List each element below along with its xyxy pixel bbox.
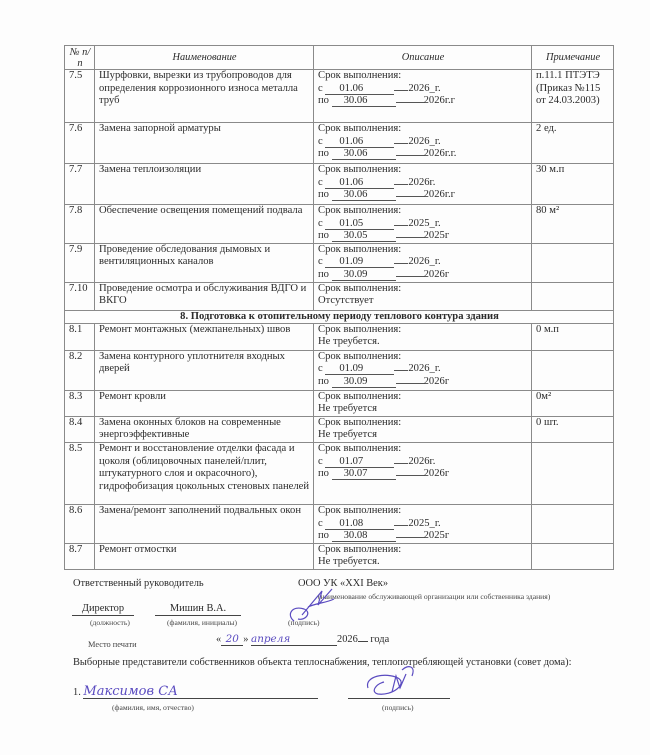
deadline-from: с 01.072026г. [318, 456, 528, 469]
table-row: 8.1Ремонт монтажных (межпанельных) швовС… [65, 323, 614, 350]
row-description: Срок выполнения:с 01.092026_г.по 30.0920… [314, 243, 532, 282]
deadline-to: по 30.092026г [318, 376, 528, 389]
position-field: Директор [72, 603, 134, 616]
deadline-label: Срок выполнения: [318, 70, 528, 83]
table-row: 8.4Замена оконных блоков на современные … [65, 416, 614, 442]
table-row: 7.10Проведение осмотра и обслуживания ВД… [65, 282, 614, 310]
deadline-from: с 01.062026г. [318, 177, 528, 190]
table-row: 8.3Ремонт кровлиСрок выполнения:Не требу… [65, 390, 614, 416]
deadline-to: по 30.082025г [318, 530, 528, 543]
deadline-status: Не треубется. [318, 336, 528, 349]
table-row: 7.7Замена теплоизоляцииСрок выполнения:с… [65, 164, 614, 205]
rep-signature-caption: (подпись) [382, 702, 414, 714]
row-note [532, 543, 614, 569]
header-desc: Описание [314, 46, 532, 70]
row-number: 8.1 [65, 323, 95, 350]
table-row: 7.8Обеспечение освещения помещений подва… [65, 205, 614, 244]
deadline-status: Не требуется [318, 403, 528, 416]
header-num: № п/п [65, 46, 95, 70]
section-header-row: 8. Подготовка к отопительному периоду те… [65, 310, 614, 323]
deadline-label: Срок выполнения: [318, 324, 528, 337]
row-note: 0м² [532, 390, 614, 416]
rep-name-caption: (фамилия, имя, отчество) [112, 702, 194, 714]
row-description: Срок выполнения:с 01.082025_г.по 30.0820… [314, 504, 532, 543]
deadline-label: Срок выполнения: [318, 544, 528, 557]
row-note: 0 шт. [532, 416, 614, 442]
row-number: 7.7 [65, 164, 95, 205]
row-note [532, 442, 614, 504]
date-month: апреля [251, 633, 337, 646]
row-note: 2 ед. [532, 123, 614, 164]
row-number: 7.10 [65, 282, 95, 310]
person-caption: (фамилия, инициалы) [167, 617, 237, 629]
table-row: 8.7Ремонт отмосткиСрок выполнения:Не тре… [65, 543, 614, 569]
header-note: Примечание [532, 46, 614, 70]
row-description: Срок выполнения:с 01.062026_г.по 30.0620… [314, 123, 532, 164]
deadline-label: Срок выполнения: [318, 505, 528, 518]
row-name: Замена теплоизоляции [95, 164, 314, 205]
deadline-to: по 30.092026г [318, 269, 528, 282]
stamp-label: Место печати [88, 639, 137, 651]
date-line: «20» апреля2026 года [216, 633, 389, 646]
table-row: 7.5Шурфовки, вырезки из трубопроводов дл… [65, 70, 614, 123]
row-name: Проведение обследования дымовых и вентил… [95, 243, 314, 282]
table-row: 8.2Замена контурного уплотнителя входных… [65, 350, 614, 390]
person-field: Мишин В.А. [155, 603, 241, 616]
date-suffix: года [370, 634, 389, 645]
director-signature-icon [282, 585, 342, 627]
date-day: 20 [221, 633, 243, 646]
table-row: 8.5Ремонт и восстановление отделки фасад… [65, 442, 614, 504]
deadline-label: Срок выполнения: [318, 417, 528, 430]
row-description: Срок выполнения:Не требуется [314, 390, 532, 416]
deadline-label: Срок выполнения: [318, 391, 528, 404]
row-name: Обеспечение освещения помещений подвала [95, 205, 314, 244]
row-description: Срок выполнения:с 01.052025_г.по 30.0520… [314, 205, 532, 244]
row-name: Ремонт монтажных (межпанельных) швов [95, 323, 314, 350]
row-name: Ремонт и восстановление отделки фасада и… [95, 442, 314, 504]
row-number: 8.6 [65, 504, 95, 543]
row-description: Срок выполнения:с 01.072026г.по 30.07202… [314, 442, 532, 504]
row-name: Замена запорной арматуры [95, 123, 314, 164]
work-plan-table: № п/п Наименование Описание Примечание 7… [64, 45, 614, 570]
row-name: Шурфовки, вырезки из трубопроводов для о… [95, 70, 314, 123]
row-description: Срок выполнения:Не требуется. [314, 543, 532, 569]
rep-signature-icon [362, 662, 420, 702]
responsible-label: Ответственный руководитель [73, 578, 204, 590]
rep-index: 1. [73, 687, 81, 698]
deadline-status: Не требуется [318, 429, 528, 442]
deadline-status: Не требуется. [318, 556, 528, 569]
row-name: Замена/ремонт заполнений подвальных окон [95, 504, 314, 543]
deadline-from: с 01.092026_г. [318, 256, 528, 269]
deadline-label: Срок выполнения: [318, 123, 528, 136]
row-number: 8.2 [65, 350, 95, 390]
row-note [532, 504, 614, 543]
document-page: № п/п Наименование Описание Примечание 7… [0, 0, 650, 755]
table-header-row: № п/п Наименование Описание Примечание [65, 46, 614, 70]
row-description: Срок выполнения:с 01.062026_г.по 30.0620… [314, 70, 532, 123]
deadline-label: Срок выполнения: [318, 244, 528, 257]
row-description: Срок выполнения:Не требуется [314, 416, 532, 442]
header-name: Наименование [95, 46, 314, 70]
row-note [532, 350, 614, 390]
row-number: 7.6 [65, 123, 95, 164]
table-row: 8.6Замена/ремонт заполнений подвальных о… [65, 504, 614, 543]
row-name: Замена контурного уплотнителя входных дв… [95, 350, 314, 390]
deadline-to: по 30.062026г.г [318, 189, 528, 202]
row-note [532, 282, 614, 310]
row-note: 0 м.п [532, 323, 614, 350]
row-number: 7.5 [65, 70, 95, 123]
row-name: Проведение осмотра и обслуживания ВДГО и… [95, 282, 314, 310]
row-name: Ремонт кровли [95, 390, 314, 416]
row-description: Срок выполнения:с 01.062026г.по 30.06202… [314, 164, 532, 205]
deadline-from: с 01.052025_г. [318, 218, 528, 231]
deadline-label: Срок выполнения: [318, 164, 528, 177]
section-7-rows: 7.5Шурфовки, вырезки из трубопроводов дл… [65, 70, 614, 311]
row-description: Срок выполнения:Не треубется. [314, 323, 532, 350]
rep-name-field: 1. Максимов СА [73, 686, 318, 699]
deadline-from: с 01.062026_г. [318, 83, 528, 96]
deadline-to: по 30.052025г [318, 230, 528, 243]
section-8-rows: 8.1Ремонт монтажных (межпанельных) швовС… [65, 323, 614, 569]
row-note: 80 м² [532, 205, 614, 244]
row-note [532, 243, 614, 282]
deadline-from: с 01.062026_г. [318, 136, 528, 149]
deadline-from: с 01.082025_г. [318, 518, 528, 531]
row-number: 8.3 [65, 390, 95, 416]
row-number: 7.9 [65, 243, 95, 282]
deadline-label: Срок выполнения: [318, 443, 528, 456]
deadline-label: Срок выполнения: [318, 351, 528, 364]
row-number: 8.5 [65, 442, 95, 504]
position-value: Директор [72, 603, 134, 616]
row-description: Срок выполнения:с 01.092026_г.по 30.0920… [314, 350, 532, 390]
deadline-to: по 30.062026г.г. [318, 148, 528, 161]
table-row: 7.9Проведение обследования дымовых и вен… [65, 243, 614, 282]
row-note: п.11.1 ПТЭТЭ (Приказ №115 от 24.03.2003) [532, 70, 614, 123]
deadline-status: Отсутствует [318, 295, 528, 308]
date-year: 2026 [337, 634, 358, 645]
organization-caption: (наименование обслуживающей организации … [318, 591, 550, 603]
row-note: 30 м.п [532, 164, 614, 205]
table-row: 7.6Замена запорной арматурыСрок выполнен… [65, 123, 614, 164]
position-caption: (должность) [90, 617, 130, 629]
deadline-to: по 30.062026г.г [318, 95, 528, 108]
row-name: Замена оконных блоков на современные эне… [95, 416, 314, 442]
row-name: Ремонт отмостки [95, 543, 314, 569]
deadline-from: с 01.092026_г. [318, 363, 528, 376]
deadline-label: Срок выполнения: [318, 283, 528, 296]
row-number: 8.7 [65, 543, 95, 569]
person-value: Мишин В.А. [155, 603, 241, 616]
row-number: 8.4 [65, 416, 95, 442]
rep-name: Максимов СА [83, 686, 318, 699]
section-8-title: 8. Подготовка к отопительному периоду те… [65, 310, 614, 323]
row-description: Срок выполнения:Отсутствует [314, 282, 532, 310]
deadline-label: Срок выполнения: [318, 205, 528, 218]
deadline-to: по 30.072026г [318, 468, 528, 481]
representatives-text: Выборные представители собственников объ… [73, 657, 618, 669]
row-number: 7.8 [65, 205, 95, 244]
